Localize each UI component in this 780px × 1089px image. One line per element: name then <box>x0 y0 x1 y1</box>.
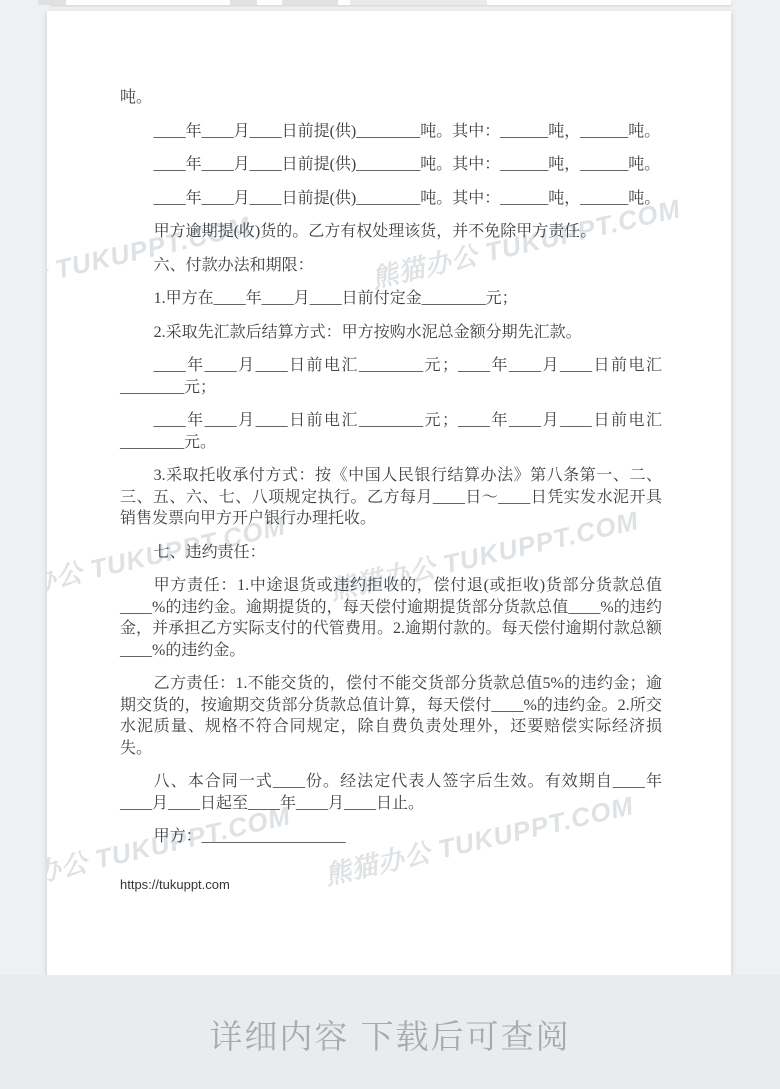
paragraph: 3.采取托收承付方式：按《中国人民银行结算办法》第八条第一、二、三、五、六、七、… <box>120 465 662 530</box>
paragraph: 2.采取先汇款后结算方式：甲方按购水泥总金额分期先汇款。 <box>120 322 662 344</box>
paragraph: ____年____月____日前提(供)________吨。其中：______吨… <box>120 188 662 210</box>
cutoff-fragment <box>350 0 487 5</box>
cutoff-fragment <box>230 0 257 5</box>
paragraph: 甲方责任：1.中途退货或违约拒收的，偿付退(或拒收)货部分货款总值____%的违… <box>120 575 662 661</box>
paragraph: 七、违约责任： <box>120 542 662 564</box>
paragraph: 甲方：__________________ <box>120 826 662 848</box>
paragraph: ____年____月____日前提(供)________吨。其中：______吨… <box>120 121 662 143</box>
cutoff-fragment <box>38 0 66 5</box>
document-content: 吨。____年____月____日前提(供)________吨。其中：_____… <box>120 87 662 895</box>
paragraph: 六、付款办法和期限： <box>120 255 662 277</box>
document-page: 熊猫办公 TUKUPPT.COM熊猫办公 TUKUPPT.COM熊猫办公 TUK… <box>47 11 731 975</box>
paragraph: 1.甲方在____年____月____日前付定金________元； <box>120 288 662 310</box>
footer-caption: 详细内容 下载后可查阅 <box>0 1011 780 1058</box>
paragraph: 吨。 <box>120 87 662 109</box>
paragraph: 八、本合同一式____份。经法定代表人签字后生效。有效期自____年____月_… <box>120 771 662 814</box>
paragraph: 乙方责任：1.不能交货的，偿付不能交货部分货款总值5%的违约金；逾期交货的，按逾… <box>120 673 662 759</box>
site-url: https://tukuppt.com <box>120 874 662 896</box>
paragraph: 甲方逾期提(收)货的。乙方有权处理该货，并不免除甲方责任。 <box>120 221 662 243</box>
document-body: 吨。____年____月____日前提(供)________吨。其中：_____… <box>120 87 662 848</box>
footer-band: 详细内容 下载后可查阅 <box>0 975 780 1089</box>
previous-page-edge <box>50 0 731 5</box>
cutoff-fragment <box>282 0 338 5</box>
paragraph: ____年____月____日前提(供)________吨。其中：______吨… <box>120 154 662 176</box>
paragraph: ____年____月____日前电汇________元；____年____月__… <box>120 355 662 398</box>
paragraph: ____年____月____日前电汇________元；____年____月__… <box>120 410 662 453</box>
